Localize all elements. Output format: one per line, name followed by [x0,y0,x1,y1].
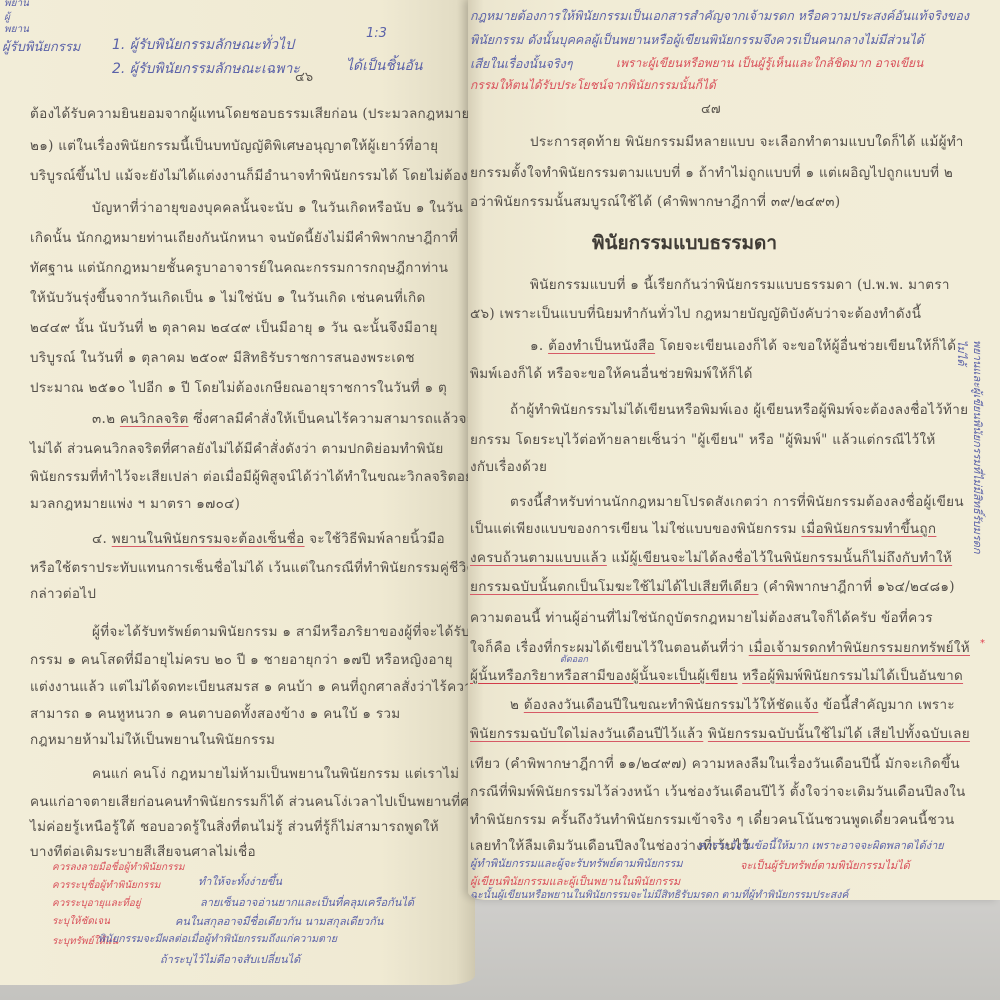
item-text: ข้อนี้สำคัญมาก เพราะ [823,697,955,713]
handwritten-note: ทำให้จะทั้งง่ายขึ้น [198,872,282,890]
text-line: อว่าพินัยกรรมนั้นสมบูรณ์ใช้ได้ (คำพิพากษ… [470,190,840,212]
text-line: บริบูรณ์ขึ้นไป แม้จะยังไม่ได้แต่งงานก็มี… [30,164,475,186]
handwritten-note: ควรระบุชื่อผู้ทำพินัยกรรม [52,878,160,893]
text-line: ถ้าผู้ทำพินัยกรรมไม่ได้เขียนหรือพิมพ์เอง… [510,398,968,420]
item-text: โดยจะเขียนเองก็ได้ จะขอให้ผู้อื่นช่วยเขี… [660,338,957,354]
text-line: ไม่ค่อยรู้เหนือรู้ใต้ ชอบอวดรู้ในสิ่งที่… [30,815,439,837]
handwritten-note: ผู้ทำพินัยกรรมและผู้จะรับทรัพย์ตามพินัยก… [470,854,683,872]
handwritten-note: ควรระบุอายุและที่อยู่ [52,896,141,911]
vertical-margin-note: ไม่ได้ [952,340,970,365]
text-line: สามารถ ๑ คนหูหนวก ๑ คนตาบอดทั้งสองข้าง ๑… [30,702,401,724]
text-line: มวลกฎหมายแพ่ง ฯ มาตรา ๑๗๐๔) [30,492,240,514]
text-line: ประมาณ ๒๕๑๐ ไปอีก ๑ ปี โดยไม่ต้องเกษียณอ… [30,376,447,398]
handwritten-note: ควรระวังในข้อนี้ให้มาก เพราะอาจจะผิดพลาด… [698,836,944,854]
handwritten-note: ถ้าระบุไว้ไม่ดีอาจสับเปลี่ยนได้ [160,950,300,968]
text-line: บางทีต่อเติมระบายสีเสียจนศาลไม่เชื่อ [30,840,256,862]
section-title: คนวิกลจริต [120,411,189,427]
text-line: พินัยกรรมฉบับใดไม่ลงวันเดือนปีไว้แล้ว พิ… [470,722,970,744]
handwritten-note: เพราะผู้เขียนหรือพยาน เป็นผู้รู้เห็นและใ… [616,54,923,73]
text-line: ผู้ที่จะได้รับทรัพย์ตามพินัยกรรม ๑ สามีห… [92,620,475,642]
handwritten-note: พินัยกรรม ดังนั้นบุคคลผู้เป็นพยานหรือผู้… [470,30,924,50]
handwritten-note: ได้เป็นชิ้นอัน [346,55,422,77]
text-line: แต่งงานแล้ว แต่ไม่ได้จดทะเบียนสมรส ๑ คนบ… [30,675,475,697]
handwritten-note: พินัยกรรมจะมีผลต่อเมื่อผู้ทำพินัยกรรมถึง… [98,930,337,947]
handwritten-item: 2. ผู้รับพินัยกรรมลักษณะเฉพาะ [112,58,300,80]
text-line: ยกรรม โดยระบุไว้ต่อท้ายลายเซ็นว่า "ผู้เข… [470,428,936,450]
left-page: พยาน ผู้ พยาน ผู้รับพินัยกรรม 1. ผู้รับพ… [0,0,475,985]
handwritten-ratio: 1:3 [366,26,387,41]
text-line: คนแก่อาจตายเสียก่อนคนทำพินัยกรรมก็ได้ ส่… [30,790,475,812]
handwritten-note: เสียในเรื่องนั้นจริงๆ [470,54,572,74]
section-4: ๔. พยานในพินัยกรรมจะต้องเซ็นชื่อ จะใช้วิ… [92,527,445,549]
handwritten-note: กรรมให้ตนได้รับประโยชน์จากพินัยกรรมนั้นก… [470,76,716,95]
text-line: ยกรรมฉบับนั้นตกเป็นโมฆะใช้ไม่ได้ไปเสียที… [470,575,955,597]
item-title: ต้องลงวันเดือนปีในขณะทำพินัยกรรมไว้ให้ชั… [524,697,819,713]
text-line: เป็นแต่เพียงแบบของการเขียน ไม่ใช่แบบของพ… [470,517,936,539]
text-line: เทียว (คำพิพากษาฎีกาที่ ๑๑/๒๔๙๗) ความหลง… [470,752,960,774]
text-line: ตรงนี้สำหรับท่านนักกฎหมายโปรดสังเกตว่า ก… [510,490,964,512]
margin-note: พยาน [4,22,29,37]
text-line: พินัยกรรมแบบที่ ๑ นี้เรียกกันว่าพินัยกรร… [530,273,950,295]
handwritten-note: ฉะนั้นผู้เขียนหรือพยานในพินัยกรรมจะไม่มี… [470,886,848,900]
handwritten-note: คนในสกุลอาจมีชื่อเดียวกัน นามสกุลเดียวกั… [175,912,383,930]
item-1: ๑. ต้องทำเป็นหนังสือ โดยจะเขียนเองก็ได้ … [530,334,956,356]
text-line: เกิดนั้น นักกฎหมายท่านเถียงกันนักหนา จนบ… [30,226,458,248]
text-line: บริบูรณ์ ในวันที่ ๑ ตุลาคม ๒๕๐๙ มีสิทธิร… [30,346,415,368]
text-line: ผู้นั้นหรือภริยาหรือสามีของผู้นั้นจะเป็น… [470,664,963,686]
item-number: ๒ [510,697,519,713]
section-heading: พินัยกรรมแบบธรรมดา [592,228,777,258]
text-line: งครบถ้วนตามแบบแล้ว แม้ผู้เขียนจะไม่ได้ลง… [470,546,952,568]
page-number: ๔๗ [701,98,721,119]
section-text: จะใช้วิธีพิมพ์ลายนิ้วมือ [309,531,445,547]
text-line: พินัยกรรมที่ทำไว้จะเสียเปล่า ต่อเมื่อมีผ… [30,465,473,487]
text-line: งกับเรื่องด้วย [470,455,547,477]
text-line: ไม่ได้ ส่วนคนวิกลจริตที่ศาลยังไม่ได้มีคำ… [30,437,444,459]
text-line: คนแก่ คนโง่ กฎหมายไม่ห้ามเป็นพยานในพินัย… [92,762,459,784]
handwritten-note: ควรลงลายมือชื่อผู้ทำพินัยกรรม [52,860,184,875]
text-line: ทำพินัยกรรม ครั้นถึงวันทำพินัยกรรมเข้าจร… [470,808,954,830]
text-line: ๒๔๔๙ นั้น นับวันที่ ๒ ตุลาคม ๒๔๔๙ เป็นมี… [30,316,438,338]
page-number: ๔๖ [295,66,313,87]
section-number: ๓.๒ [92,411,115,427]
handwritten-item: 1. ผู้รับพินัยกรรมลักษณะทั่วไป [112,34,294,56]
handwritten-label: ผู้รับพินัยกรรม [2,36,80,57]
text-line: ๒๑) แต่ในเรื่องพินัยกรรมนี้เป็นบทบัญญัติ… [30,134,438,156]
item-number: ๑. [530,338,543,354]
text-line: บัญหาที่ว่าอายุของบุคคลนั้นจะนับ ๑ ในวัน… [92,196,463,218]
handwritten-note: ระบุให้ชัดเจน [52,914,110,929]
text-line: ยกรรมตั้งใจทำพินัยกรรมตามแบบที่ ๑ ถ้าทำไ… [470,161,953,183]
text-line: ความตอนนี้ ท่านผู้อ่านที่ไม่ใช่นักถูบัตร… [470,606,933,628]
text-line: ต้องได้รับความยินยอมจากผู้แทนโดยชอบธรรมเ… [30,102,470,124]
text-line: ทัศฐาน แต่นักกฎหมายชั้นครูบาอาจารย์ในคณะ… [30,256,448,278]
text-line: พิมพ์เองก็ได้ หรือจะขอให้คนอื่นช่วยพิมพ์… [470,362,753,384]
text-line: กรรม ๑ คนโสดที่มีอายุไม่ครบ ๒๐ ปี ๑ ชายอ… [30,648,453,670]
right-page: กฎหมายต้องการให้พินัยกรรมเป็นเอกสารสำคัญ… [468,0,1000,900]
text-line: หรือใช้ตราประทับแทนการเซ็นชื่อไม่ได้ เว้… [30,556,475,578]
text-line: กล่าวต่อไป [30,582,96,604]
handwritten-note: จะเป็นผู้รับทรัพย์ตามพินัยกรรมไม่ได้ [740,856,910,874]
item-2: ๒ ต้องลงวันเดือนปีในขณะทำพินัยกรรมไว้ให้… [510,693,955,715]
text-line: ประการสุดท้าย พินัยกรรมมีหลายแบบ จะเลือก… [530,130,964,152]
text-line: กรณีที่พิมพ์พินัยกรรมไว้ล่วงหน้า เว้นช่อ… [470,780,966,802]
section-text: ซึ่งศาลมีคำสั่งให้เป็นคนไร้ความสามารถแล้… [193,411,474,427]
section-title: พยานในพินัยกรรมจะต้องเซ็นชื่อ [112,531,305,547]
handwritten-note: ลายเซ็นอาจอ่านยากและเป็นที่คลุมเครือกันไ… [200,893,414,911]
section-3-2: ๓.๒ คนวิกลจริต ซึ่งศาลมีคำสั่งให้เป็นคนไ… [92,407,474,429]
text-line: ๕๖) เพราะเป็นแบบที่นิยมทำกันทั่วไป กฎหมา… [470,302,921,324]
section-number: ๔. [92,531,107,547]
handwritten-note: กฎหมายต้องการให้พินัยกรรมเป็นเอกสารสำคัญ… [470,6,969,26]
text-line: กฎหมายห้ามไม่ให้เป็นพยานในพินัยกรรม [30,728,275,750]
text-line: ใจก็คือ เรื่องที่กระผมได้เขียนไว้ในตอนต้… [470,636,970,658]
text-line: ให้นับวันรุ่งขึ้นจากวันเกิดเป็น ๑ ไม่ใช่… [30,286,426,308]
item-title: ต้องทำเป็นหนังสือ [548,338,655,354]
vertical-margin-note: พยานและผู้เขียนพินัยกรรมที่ไม่มีสิทธิ์รั… [968,340,986,700]
